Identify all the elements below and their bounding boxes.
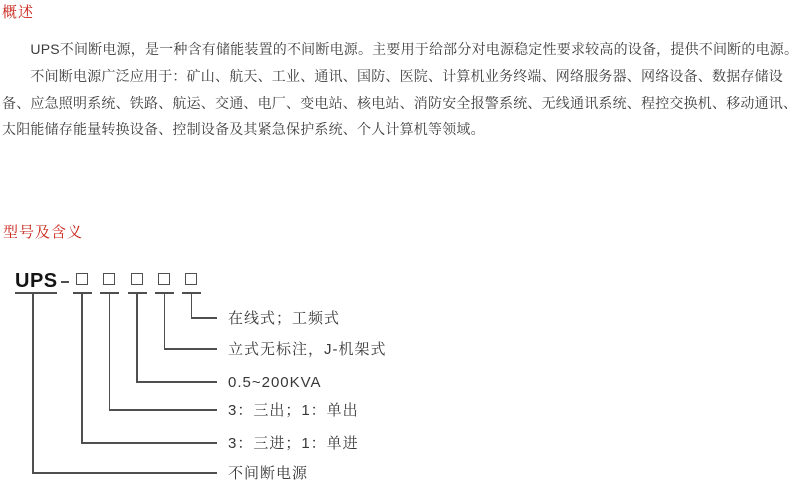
overview-heading: 概述 xyxy=(2,1,34,22)
overview-paragraph-line-2: 不间断电源广泛应用于：矿山、航天、工业、通讯、国防、医院、计算机业务终端、网络服… xyxy=(2,63,798,90)
connector-h-capacity xyxy=(137,381,217,383)
model-digit-box-1 xyxy=(76,273,88,285)
model-label-input-phase: 3：三进；1：单进 xyxy=(228,435,359,453)
overview-paragraph-line-3: 备、应急照明系统、铁路、航运、交通、电厂、变电站、核电站、消防安全报警系统、无线… xyxy=(2,90,798,117)
manual-page: 概述 UPS不间断电源，是一种含有储能装置的不间断电源。主要用于给部分对电源稳定… xyxy=(0,0,800,481)
model-dash xyxy=(61,281,69,283)
connector-v-capacity xyxy=(136,294,138,383)
connector-v-form-factor xyxy=(164,294,166,350)
model-heading: 型号及含义 xyxy=(3,221,83,242)
connector-v-input-phase xyxy=(81,294,83,444)
connector-h-product-name xyxy=(33,472,217,474)
overview-paragraph: UPS不间断电源，是一种含有储能装置的不间断电源。主要用于给部分对电源稳定性要求… xyxy=(2,36,798,143)
overview-paragraph-line-1: UPS不间断电源，是一种含有储能装置的不间断电源。主要用于给部分对电源稳定性要求… xyxy=(2,36,798,63)
overview-paragraph-line-4: 太阳能储存能量转换设备、控制设备及其紧急保护系统、个人计算机等领域。 xyxy=(2,116,798,143)
model-digit-box-5 xyxy=(185,273,197,285)
model-label-product-name: 不间断电源 xyxy=(228,465,308,481)
model-digit-box-2 xyxy=(103,273,115,285)
connector-v-online-type xyxy=(191,294,193,319)
model-digit-box-4 xyxy=(158,273,170,285)
model-label-online-type: 在线式；工频式 xyxy=(228,310,340,328)
connector-h-input-phase xyxy=(82,442,217,444)
model-digit-box-3 xyxy=(131,273,143,285)
connector-v-output-phase xyxy=(109,294,111,411)
prefix-underline xyxy=(15,292,57,294)
connector-h-form-factor xyxy=(165,348,218,350)
connector-h-online-type xyxy=(192,317,218,319)
connector-h-output-phase xyxy=(110,409,218,411)
model-label-capacity-range: 0.5~200KVA xyxy=(228,374,322,392)
connector-v-product-name xyxy=(32,294,34,474)
model-label-output-phase: 3：三出；1：单出 xyxy=(228,402,359,420)
model-prefix: UPS xyxy=(15,270,58,293)
model-label-form-factor: 立式无标注，J-机架式 xyxy=(228,341,387,359)
